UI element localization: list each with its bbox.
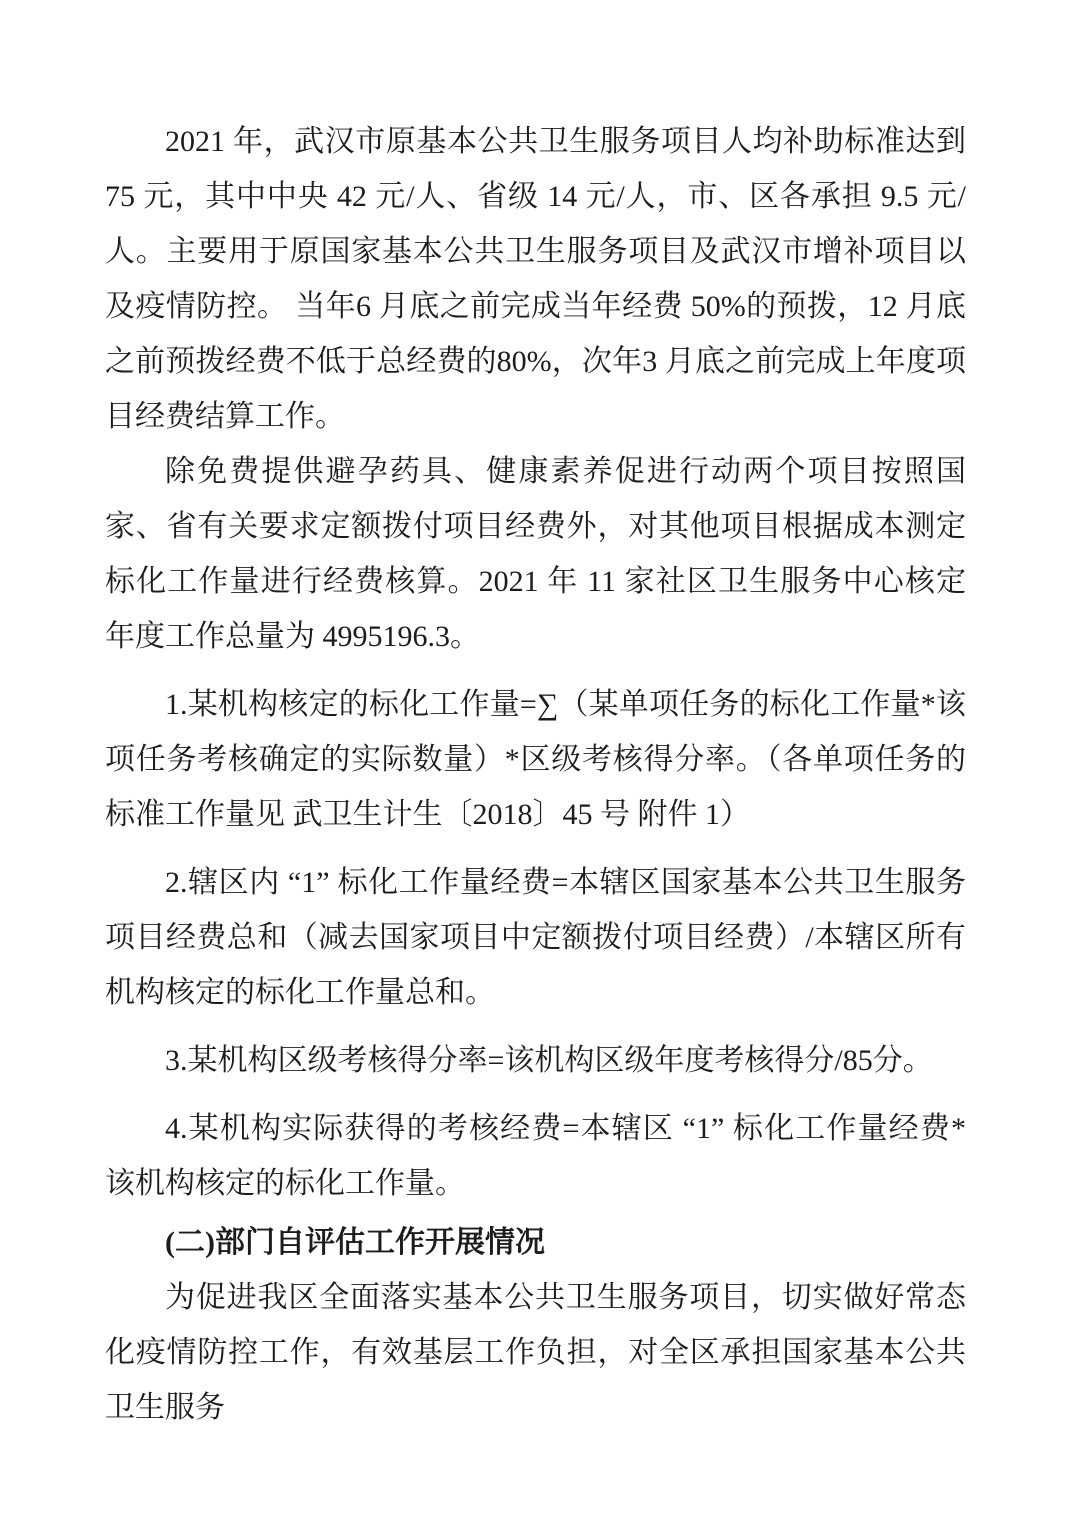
- document-page: 2021 年，武汉市原基本公共卫生服务项目人均补助标准达到 75 元，其中中央 …: [0, 0, 1074, 1518]
- formula-item-3: 3.某机构区级考核得分率=该机构区级年度考核得分/85分。: [105, 1033, 966, 1088]
- formula-item-2: 2.辖区内 “1” 标化工作量经费=本辖区国家基本公共卫生服务项目经费总和（减去…: [105, 855, 966, 1020]
- body-paragraph-funding-standard: 2021 年，武汉市原基本公共卫生服务项目人均补助标准达到 75 元，其中中央 …: [105, 114, 966, 444]
- formula-item-4: 4.某机构实际获得的考核经费=本辖区 “1” 标化工作量经费*该机构核定的标化工…: [105, 1101, 966, 1211]
- body-paragraph-cost-accounting: 除免费提供避孕药具、健康素养促进行动两个项目按照国家、省有关要求定额拨付项目经费…: [105, 444, 966, 664]
- section-heading-self-evaluation: (二)部门自评估工作开展情况: [105, 1215, 966, 1270]
- formula-item-1: 1.某机构核定的标化工作量=∑（某单项任务的标化工作量*该项任务考核确定的实际数…: [105, 677, 966, 842]
- body-paragraph-promote-implementation: 为促进我区全面落实基本公共卫生服务项目，切实做好常态化疫情防控工作，有效基层工作…: [105, 1270, 966, 1435]
